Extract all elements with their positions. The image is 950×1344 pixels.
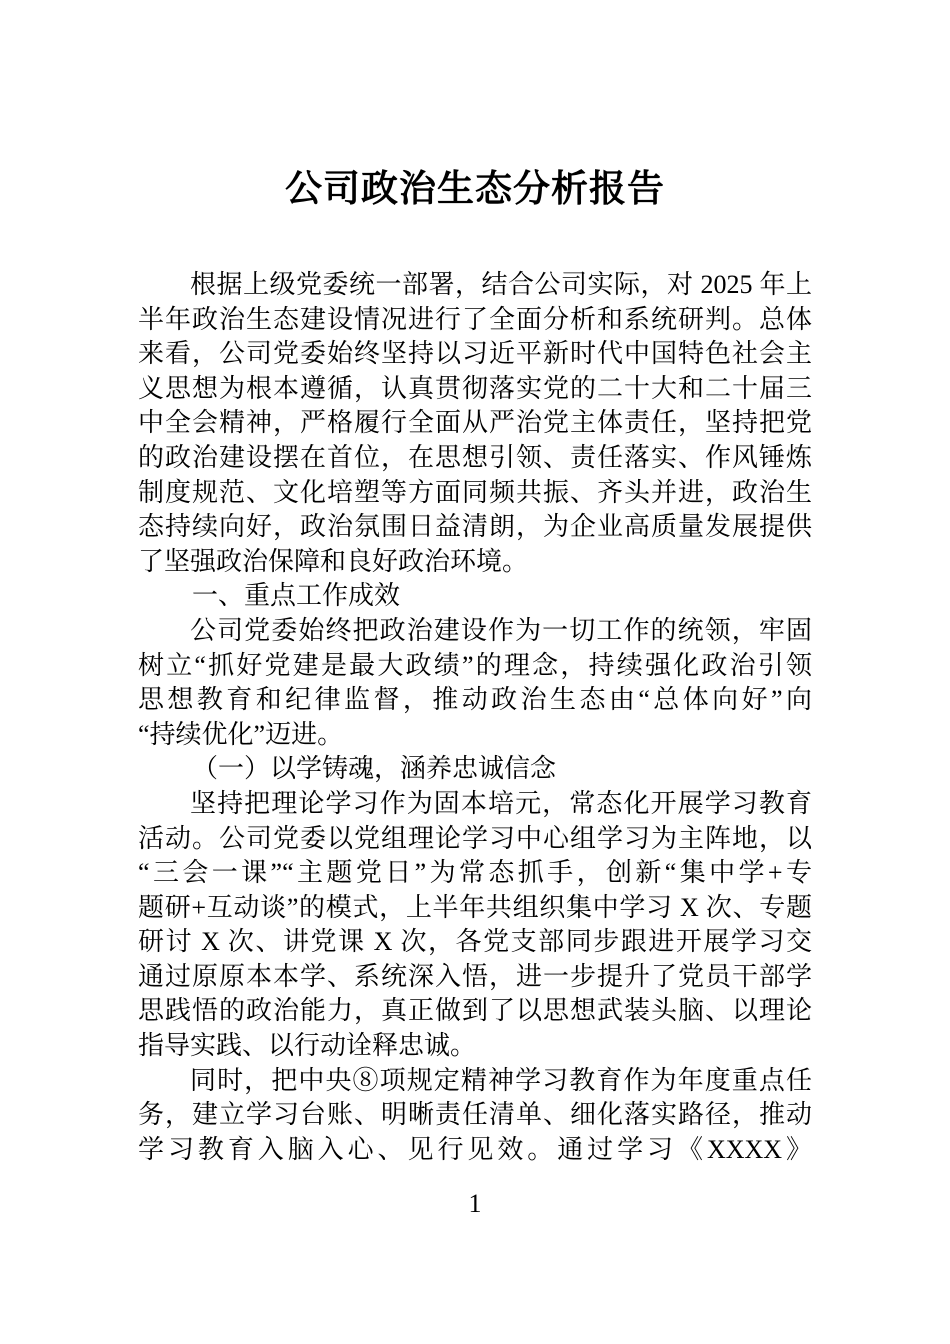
text-line: 的政治建设摆在首位，在思想引领、责任落实、作风锤炼: [138, 441, 812, 476]
text-line: 务，建立学习台账、明晰责任清单、细化落实路径，推动: [138, 1098, 812, 1133]
text-line: 来看，公司党委始终坚持以习近平新时代中国特色社会主: [138, 337, 812, 372]
text-line: 思想教育和纪律监督，推动政治生态由“总体向好”向: [138, 683, 812, 718]
text-line: 同时，把中央⑧项规定精神学习教育作为年度重点任: [138, 1064, 812, 1099]
document-body: 根据上级党委统一部署，结合公司实际，对 2025 年上半年政治生态建设情况进行了…: [138, 268, 812, 1167]
text-line: 思践悟的政治能力，真正做到了以思想武装头脑、以理论: [138, 994, 812, 1029]
text-line: 研讨 X 次、讲党课 X 次，各党支部同步跟进开展学习交流。: [138, 925, 812, 960]
text-line: 义思想为根本遵循，认真贯彻落实党的二十大和二十届三: [138, 372, 812, 407]
document-page: 公司政治生态分析报告 根据上级党委统一部署，结合公司实际，对 2025 年上半年…: [0, 0, 950, 1344]
text-line: 坚持把理论学习作为固本培元，常态化开展学习教育: [138, 787, 812, 822]
text-line: 中全会精神，严格履行全面从严治党主体责任，坚持把党: [138, 406, 812, 441]
text-line: 题研+互动谈”的模式，上半年共组织集中学习 X 次、专题: [138, 891, 812, 926]
text-line: 了坚强政治保障和良好政治环境。: [138, 545, 812, 580]
text-line: 半年政治生态建设情况进行了全面分析和系统研判。总体: [138, 303, 812, 338]
page-number: 1: [0, 1186, 950, 1222]
text-line: 树立“抓好党建是最大政绩”的理念，持续强化政治引领: [138, 649, 812, 684]
text-line: 指导实践、以行动诠释忠诚。: [138, 1029, 812, 1064]
text-line: 态持续向好，政治氛围日益清朗，为企业高质量发展提供: [138, 510, 812, 545]
text-line: 通过原原本本学、系统深入悟，进一步提升了党员干部学: [138, 960, 812, 995]
section-heading: （一）以学铸魂，涵养忠诚信念: [138, 752, 812, 787]
text-line: 制度规范、文化培塑等方面同频共振、齐头并进，政治生: [138, 476, 812, 511]
text-line: “持续优化”迈进。: [138, 718, 812, 753]
text-line: 学习教育入脑入心、见行见效。通过学习《XXXX》: [138, 1133, 812, 1168]
document-title: 公司政治生态分析报告: [0, 158, 950, 220]
text-line: 公司党委始终把政治建设作为一切工作的统领，牢固: [138, 614, 812, 649]
text-line: “三会一课”“主题党日”为常态抓手，创新“集中学+专: [138, 856, 812, 891]
text-line: 活动。公司党委以党组理论学习中心组学习为主阵地，以: [138, 822, 812, 857]
text-line: 根据上级党委统一部署，结合公司实际，对 2025 年上: [138, 268, 812, 303]
section-heading: 一、重点工作成效: [138, 579, 812, 614]
